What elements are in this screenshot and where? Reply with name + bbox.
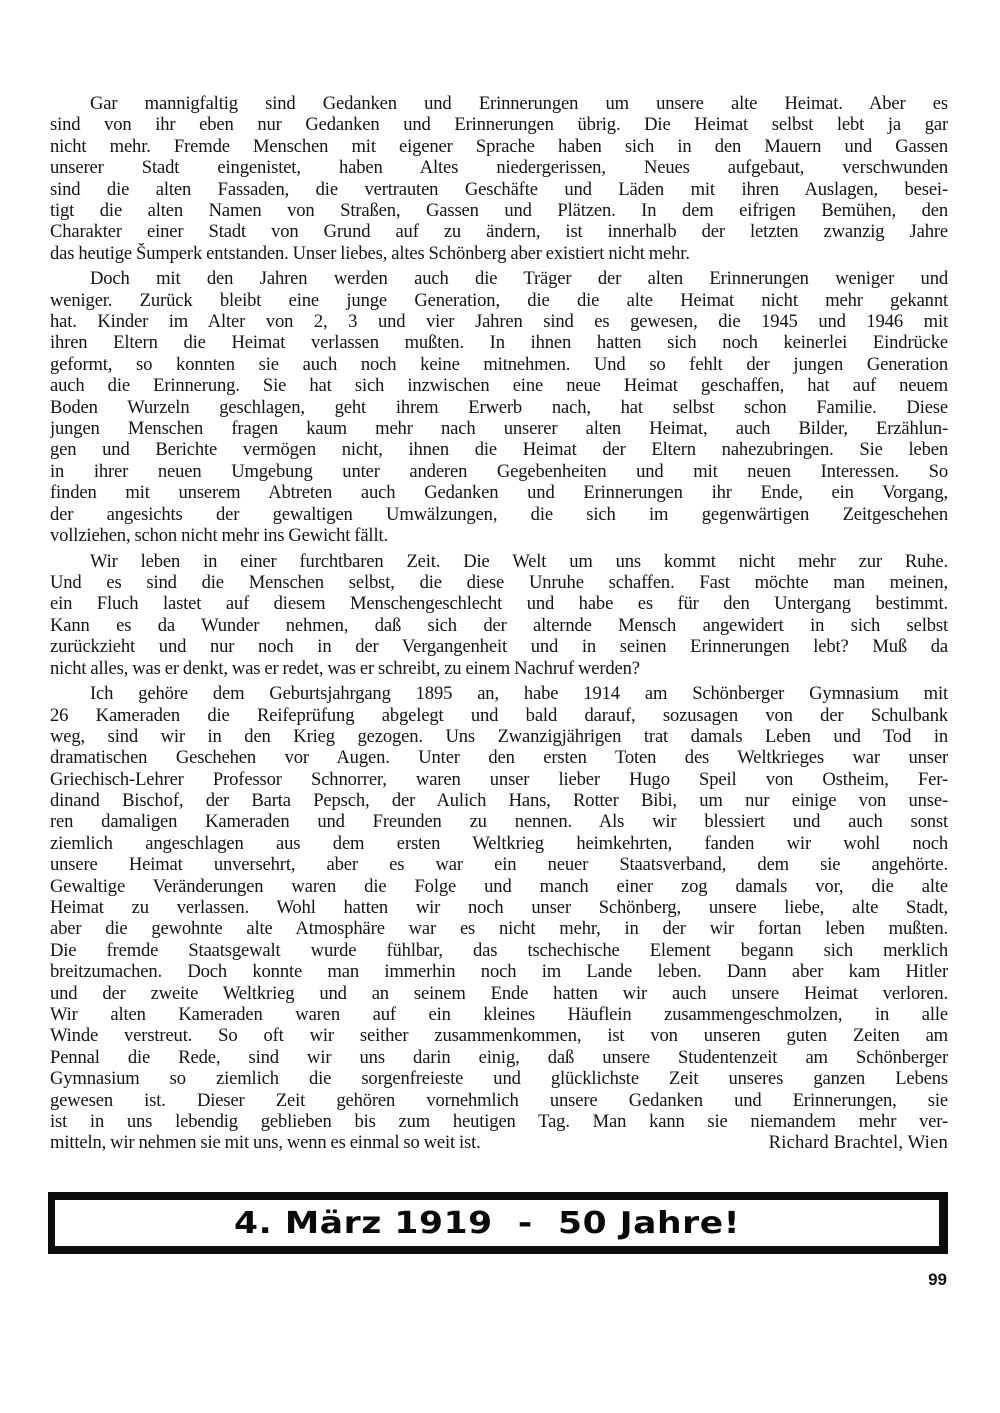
text-line: Charakter einer Stadt von Grund auf zu ä… bbox=[50, 221, 948, 242]
text-line: nicht mehr. Fremde Menschen mit eigener … bbox=[50, 136, 948, 157]
text-line: zurückzieht und nur noch in der Vergange… bbox=[50, 636, 948, 657]
text-line: und der zweite Weltkrieg und an seinem E… bbox=[50, 983, 948, 1004]
text-line: geformt, so konnten sie auch noch keine … bbox=[50, 354, 948, 375]
banner-text: 4. März 1919 - 50 Jahre! bbox=[234, 1206, 740, 1241]
text-line: Pennal die Rede, sind wir uns darin eini… bbox=[50, 1047, 948, 1068]
text-line: Gewaltige Veränderungen waren die Folge … bbox=[50, 876, 948, 897]
text-line: Kann es da Wunder nehmen, daß sich der a… bbox=[50, 615, 948, 636]
text-line: unserer Stadt eingenistet, haben Altes n… bbox=[50, 157, 948, 178]
paragraph: Ich gehöre dem Geburtsjahrgang 1895 an, … bbox=[50, 683, 948, 1154]
text-line: Wir alten Kameraden waren auf ein kleine… bbox=[50, 1004, 948, 1025]
text-line: aber die gewohnte alte Atmosphäre war es… bbox=[50, 918, 948, 939]
text-line: Doch mit den Jahren werden auch die Träg… bbox=[50, 268, 948, 289]
text-line: gen und Berichte vermögen nicht, ihnen d… bbox=[50, 439, 948, 460]
text-line: dramatischen Geschehen vor Augen. Unter … bbox=[50, 747, 948, 768]
text-line: gewesen ist. Dieser Zeit gehören vornehm… bbox=[50, 1090, 948, 1111]
text-line: nicht alles, was er denkt, was er redet,… bbox=[50, 658, 948, 679]
text-line: ziemlich angeschlagen aus dem ersten Wel… bbox=[50, 833, 948, 854]
paragraph: Doch mit den Jahren werden auch die Träg… bbox=[50, 268, 948, 546]
text-line: Und es sind die Menschen selbst, die die… bbox=[50, 572, 948, 593]
text-line: Heimat zu verlassen. Wohl hatten wir noc… bbox=[50, 897, 948, 918]
text-line: ihren Eltern die Heimat verlassen mußten… bbox=[50, 332, 948, 353]
text-line: auch die Erinnerung. Sie hat sich inzwis… bbox=[50, 375, 948, 396]
text-line: Boden Wurzeln geschlagen, geht ihrem Erw… bbox=[50, 397, 948, 418]
text-line: hat. Kinder im Alter von 2, 3 und vier J… bbox=[50, 311, 948, 332]
text-line: ist in uns lebendig geblieben bis zum he… bbox=[50, 1111, 948, 1132]
text-line: breitzumachen. Doch konnte man immerhin … bbox=[50, 961, 948, 982]
page-number: 99 bbox=[928, 1270, 947, 1290]
text-line: sind die alten Fassaden, die vertrauten … bbox=[50, 179, 948, 200]
text-line: ren damaligen Kameraden und Freunden zu … bbox=[50, 811, 948, 832]
text-line: ein Fluch lastet auf diesem Menschengesc… bbox=[50, 593, 948, 614]
article-body: Gar mannigfaltig sind Gedanken und Erinn… bbox=[50, 93, 948, 1158]
text-line: Wir leben in einer furchtbaren Zeit. Die… bbox=[50, 551, 948, 572]
text-line: Gar mannigfaltig sind Gedanken und Erinn… bbox=[50, 93, 948, 114]
text-line: weg, sind wir in den Krieg gezogen. Uns … bbox=[50, 726, 948, 747]
paragraph: Gar mannigfaltig sind Gedanken und Erinn… bbox=[50, 93, 948, 264]
paragraph: Wir leben in einer furchtbaren Zeit. Die… bbox=[50, 551, 948, 679]
text-line: dinand Bischof, der Barta Pepsch, der Au… bbox=[50, 790, 948, 811]
text-line: weniger. Zurück bleibt eine junge Genera… bbox=[50, 290, 948, 311]
text-line: Winde verstreut. So oft wir seither zusa… bbox=[50, 1025, 948, 1046]
text-line: finden mit unserem Abtreten auch Gedanke… bbox=[50, 482, 948, 503]
text-line: der angesichts der gewaltigen Umwälzunge… bbox=[50, 504, 948, 525]
text-line: unsere Heimat unversehrt, aber es war ei… bbox=[50, 854, 948, 875]
text-line: Gymnasium so ziemlich die sorgenfreieste… bbox=[50, 1068, 948, 1089]
text-line: das heutige Šumperk entstanden. Unser li… bbox=[50, 243, 948, 264]
text-line: vollziehen, schon nicht mehr ins Gewicht… bbox=[50, 525, 948, 546]
text-line: Die fremde Staatsgewalt wurde fühlbar, d… bbox=[50, 940, 948, 961]
text-line: sind von ihr eben nur Gedanken und Erinn… bbox=[50, 114, 948, 135]
author-signature: Richard Brachtel, Wien bbox=[769, 1132, 948, 1154]
text-line: Ich gehöre dem Geburtsjahrgang 1895 an, … bbox=[50, 683, 948, 704]
document-page: Gar mannigfaltig sind Gedanken und Erinn… bbox=[0, 0, 1000, 1413]
text-line: jungen Menschen fragen kaum mehr nach un… bbox=[50, 418, 948, 439]
text-line: in ihrer neuen Umgebung unter anderen Ge… bbox=[50, 461, 948, 482]
text-line: tigt die alten Namen von Straßen, Gassen… bbox=[50, 200, 948, 221]
text-line: 26 Kameraden die Reifeprüfung abgelegt u… bbox=[50, 705, 948, 726]
anniversary-banner: 4. März 1919 - 50 Jahre! bbox=[48, 1192, 948, 1254]
text-line: Griechisch-Lehrer Professor Schnorrer, w… bbox=[50, 769, 948, 790]
